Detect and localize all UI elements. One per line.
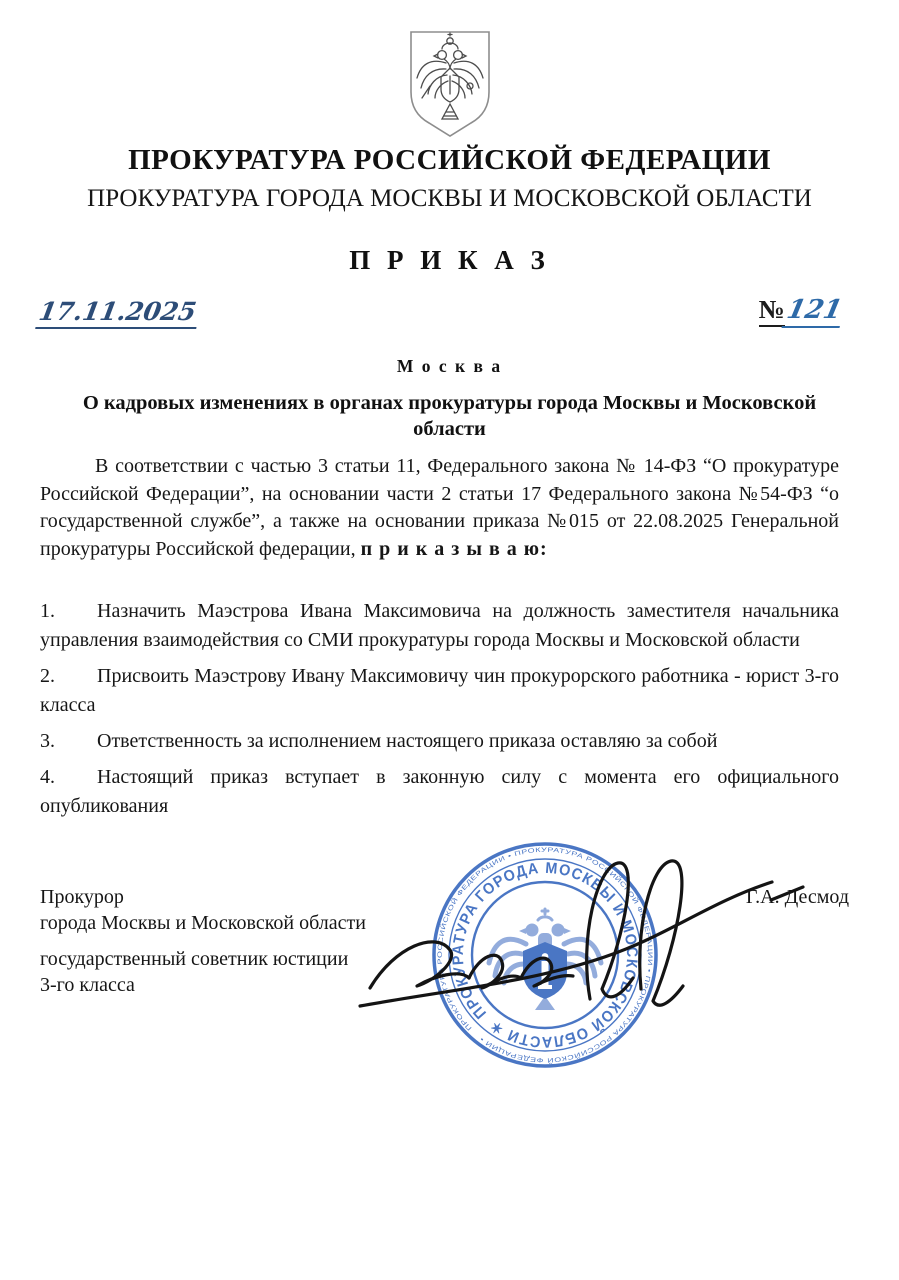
russia-coat-of-arms-icon	[402, 28, 498, 140]
org-name-line2: ПРОКУРАТУРА ГОРОДА МОСКВЫ И МОСКОВСКОЙ О…	[0, 185, 899, 213]
org-name-line1: ПРОКУРАТУРА РОССИЙСКОЙ ФЕДЕРАЦИИ	[0, 144, 899, 177]
intro-paragraph: В соответствии с частью 3 статьи 11, Фед…	[0, 453, 899, 563]
item-number: 2.	[40, 662, 97, 691]
order-item-2: 2.Присвоить Маэстрову Ивану Максимовичу …	[40, 662, 839, 720]
signer-position: Прокурор города Москвы и Московской обла…	[40, 884, 366, 998]
signer-rank-line2: 3-го класса	[40, 972, 366, 998]
doc-type-heading: П Р И К А З	[0, 245, 899, 276]
order-item-3: 3.Ответственность за исполнением настоящ…	[40, 727, 839, 756]
number-value: 121	[781, 295, 846, 328]
doc-date: 17.11.2025	[35, 297, 201, 329]
item-number: 4.	[40, 763, 97, 792]
intro-order-word: п р и к а з ы в а ю:	[361, 538, 548, 560]
number-sign: №	[759, 295, 785, 327]
item-text: Ответственность за исполнением настоящег…	[97, 730, 717, 752]
item-number: 3.	[40, 727, 97, 756]
order-item-1: 1.Назначить Маэстрова Ивана Максимовича …	[40, 597, 839, 655]
item-text: Настоящий приказ вступает в законную сил…	[40, 766, 839, 817]
signer-position-line2: города Москвы и Московской области	[40, 910, 366, 936]
order-item-4: 4.Настоящий приказ вступает в законную с…	[40, 763, 839, 821]
signer-rank-line1: государственный советник юстиции	[40, 946, 366, 972]
doc-title: О кадровых изменениях в органах прокурат…	[55, 390, 845, 442]
signer-position-line1: Прокурор	[40, 884, 366, 910]
doc-city: М о с к в а	[0, 356, 899, 377]
item-text: Присвоить Маэстрову Ивану Максимовичу чи…	[40, 665, 839, 716]
item-number: 1.	[40, 597, 97, 626]
doc-number: №121	[759, 295, 843, 328]
order-items: 1.Назначить Маэстрова Ивана Максимовича …	[0, 597, 899, 828]
item-text: Назначить Маэстрова Ивана Максимовича на…	[40, 600, 839, 651]
handwritten-signature	[340, 838, 810, 1038]
